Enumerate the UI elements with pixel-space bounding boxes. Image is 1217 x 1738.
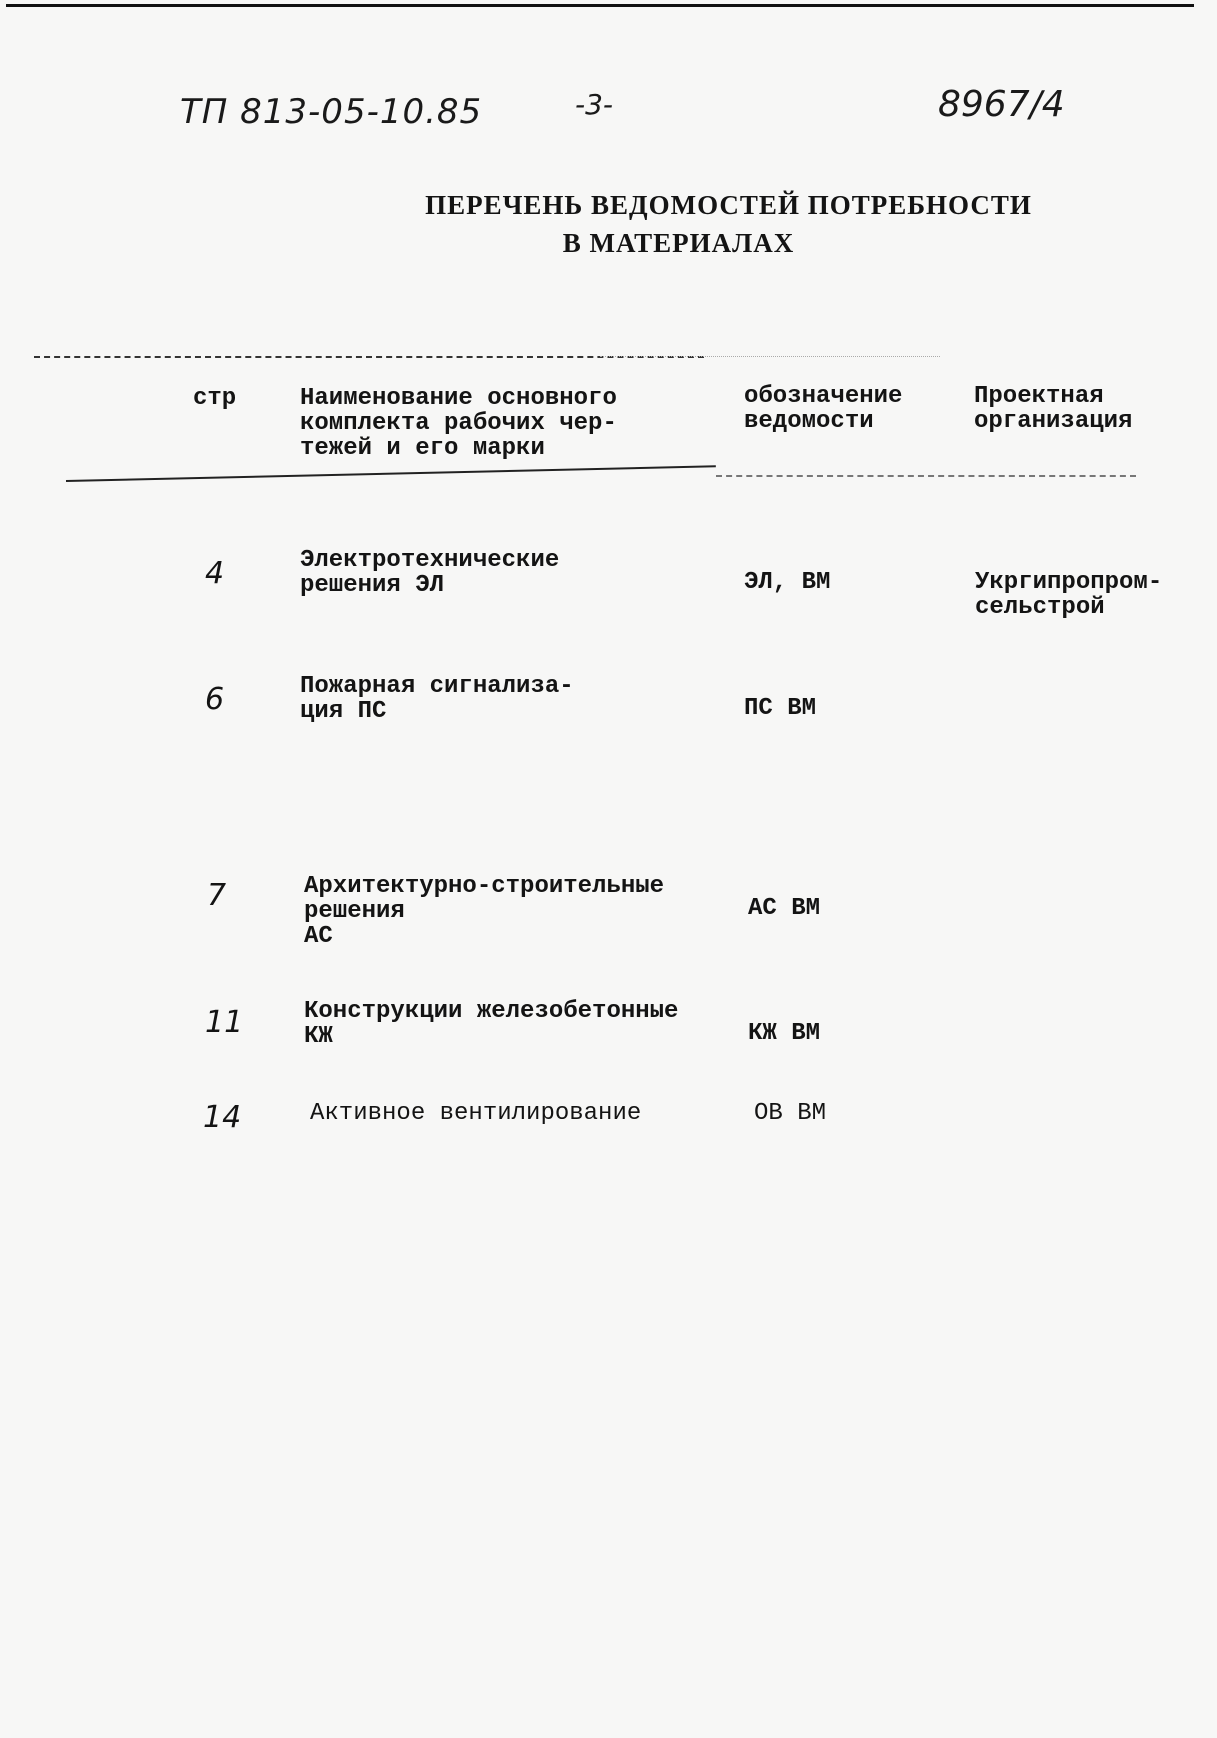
column-header-organization: Проектная организация bbox=[974, 384, 1132, 434]
row-name: Активное вентилирование bbox=[310, 1101, 641, 1126]
top-border-rule bbox=[6, 4, 1194, 7]
document-code: ТП 813-05-10.85 bbox=[180, 92, 482, 132]
row-name: Архитектурно-строительные решения АС bbox=[304, 874, 664, 949]
row-designation: ПС ВМ bbox=[744, 696, 816, 721]
table-top-rule-faint bbox=[600, 356, 940, 357]
row-designation: ЭЛ, ВМ bbox=[744, 570, 830, 595]
header-bottom-rule bbox=[66, 465, 716, 482]
column-header-page: стр bbox=[193, 386, 236, 411]
archive-number: 8967/4 bbox=[938, 84, 1065, 125]
row-name: Электротехнические решения ЭЛ bbox=[300, 548, 559, 598]
row-page: 6 bbox=[205, 682, 224, 717]
row-page: 7 bbox=[207, 878, 226, 913]
row-name: Конструкции железобетонные КЖ bbox=[304, 999, 678, 1049]
row-page: 14 bbox=[203, 1100, 241, 1135]
row-name: Пожарная сигнализа- ция ПС bbox=[300, 674, 574, 724]
column-header-name: Наименование основного комплекта рабочих… bbox=[300, 386, 617, 461]
row-page: 11 bbox=[205, 1005, 243, 1040]
column-header-designation: обозначение ведомости bbox=[744, 384, 902, 434]
page-number: -3- bbox=[575, 88, 613, 121]
document-title-line1: ПЕРЕЧЕНЬ ВЕДОМОСТЕЙ ПОТРЕБНОСТИ bbox=[0, 190, 1217, 221]
row-organization: Укргипропром- сельстрой bbox=[975, 570, 1162, 620]
row-designation: АС ВМ bbox=[748, 896, 820, 921]
header-bottom-rule-right bbox=[716, 475, 1136, 477]
row-page: 4 bbox=[205, 556, 224, 591]
document-title-line2: В МАТЕРИАЛАХ bbox=[0, 228, 1217, 259]
row-designation: КЖ ВМ bbox=[748, 1021, 820, 1046]
row-designation: ОВ ВМ bbox=[754, 1101, 826, 1126]
